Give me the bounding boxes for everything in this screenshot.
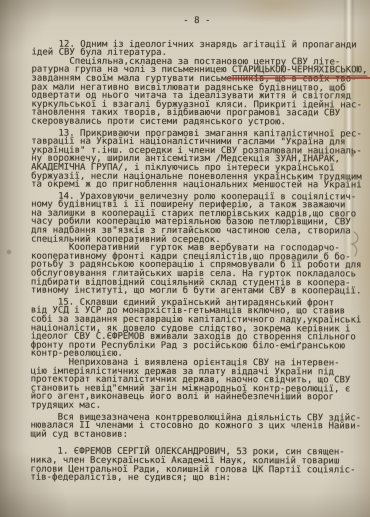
text-line: та окремі ж до пригноблення національних… [31, 181, 367, 190]
paragraph-13: 13. Прикриваючи програмові змагання капі… [31, 129, 367, 190]
scanned-page: - 8 - 12. Одним із ідеологічних знарядь … [0, 0, 370, 517]
text-line: - 8 - [32, 17, 368, 26]
text-line: скеровувались проти системи радянського … [31, 117, 367, 126]
text-line: тивному інституті, що могли б бути агент… [31, 287, 367, 296]
red-underlined-name: СТАРИЦЬКОЮ-ЧЕРНЯХІВСЬКОЮ, [232, 65, 367, 76]
text-line: трудящих мас. [31, 401, 367, 410]
text-line: тів-федералістів, не судився; що він: [30, 474, 366, 483]
paragraph-summary: Вся вищезазначена контрреволюційна діяль… [30, 413, 366, 440]
page-number: - 8 - [32, 17, 368, 26]
paragraph-14: 14. Ураховуючи величезну ролю кооперації… [31, 192, 367, 296]
paragraph-defendant-1: 1. ЄФРЕМОВ СЕРГІЙ ОЛЕКСАНДРОВИЧ, 53 роки… [30, 448, 366, 483]
paragraph-15: 15. Склавши єдиний український антирадян… [31, 298, 367, 411]
text-line: щий суд встановив: [30, 430, 366, 439]
paragraph-12: 12. Одним із ідеологічних знарядь агітац… [31, 40, 367, 127]
typewritten-text: - 8 - 12. Одним із ідеологічних знарядь … [30, 0, 367, 483]
